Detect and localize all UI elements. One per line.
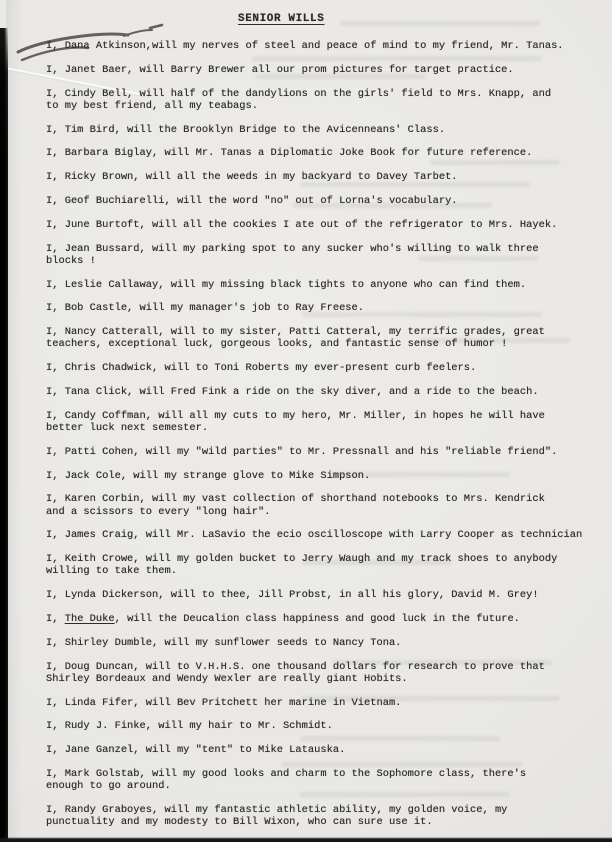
- will-entry-tana-click: I, Tana Click, will Fred Fink a ride on …: [46, 386, 612, 398]
- will-entry-cindy-bell: I, Cindy Bell, will half of the dandylio…: [46, 88, 612, 112]
- scan-edge-bottom: [0, 837, 612, 842]
- will-entry-james-craig: I, James Craig, will Mr. LaSavio the eci…: [46, 529, 612, 541]
- will-entry-barbara-biglay: I, Barbara Biglay, will Mr. Tanas a Dipl…: [46, 147, 612, 159]
- will-entry-doug-duncan: I, Doug Duncan, will to V.H.H.S. one tho…: [46, 661, 612, 685]
- scan-edge-left: [0, 28, 8, 842]
- will-entry-june-burtoft: I, June Burtoft, will all the cookies I …: [46, 219, 612, 231]
- will-entry-shirley-dumble: I, Shirley Dumble, will my sunflower see…: [46, 637, 612, 649]
- will-entry-dana-atkinson: I, Dana Atkinson,will my nerves of steel…: [46, 40, 612, 52]
- will-entry-nancy-catterall: I, Nancy Catterall, will to my sister, P…: [46, 326, 612, 350]
- will-entry-janet-baer: I, Janet Baer, will Barry Brewer all our…: [46, 64, 612, 76]
- entry-underlined-name: The Duke: [65, 613, 115, 625]
- will-entry-bob-castle: I, Bob Castle, will my manager's job to …: [46, 302, 612, 314]
- will-entry-chris-chadwick: I, Chris Chadwick, will to Toni Roberts …: [46, 362, 612, 374]
- entry-text-prefix: I,: [46, 613, 65, 625]
- will-entry-randy-graboyes: I, Randy Graboyes, will my fantastic ath…: [46, 804, 612, 828]
- will-entry-jean-bussard: I, Jean Bussard, will my parking spot to…: [46, 243, 612, 267]
- will-entry-ricky-brown: I, Ricky Brown, will all the weeds in my…: [46, 171, 612, 183]
- will-entry-mark-golstab: I, Mark Golstab, will my good looks and …: [46, 768, 612, 792]
- will-entry-tim-bird: I, Tim Bird, will the Brooklyn Bridge to…: [46, 124, 612, 136]
- will-entry-jack-cole: I, Jack Cole, will my strange glove to M…: [46, 470, 612, 482]
- will-entry-the-duke: I, The Duke, will the Deucalion class ha…: [46, 613, 612, 625]
- will-entry-keith-crowe: I, Keith Crowe, will my golden bucket to…: [46, 553, 612, 577]
- will-entry-candy-coffman: I, Candy Coffman, will all my cuts to my…: [46, 410, 612, 434]
- document-title: SENIOR WILLS: [238, 13, 324, 25]
- will-entry-karen-corbin: I, Karen Corbin, will my vast collection…: [46, 493, 612, 517]
- will-entry-jane-ganzel: I, Jane Ganzel, will my "tent" to Mike L…: [46, 744, 612, 756]
- will-entry-linda-fifer: I, Linda Fifer, will Bev Pritchett her m…: [46, 697, 612, 709]
- will-entry-patti-cohen: I, Patti Cohen, will my "wild parties" t…: [46, 446, 612, 458]
- will-entry-leslie-callaway: I, Leslie Callaway, will my missing blac…: [46, 279, 612, 291]
- will-entry-geof-buchiarelli: I, Geof Buchiarelli, will the word "no" …: [46, 195, 612, 207]
- document-content: SENIOR WILLS I, Dana Atkinson,will my ne…: [46, 8, 612, 840]
- entry-text-rest: , will the Deucalion class happiness and…: [115, 613, 520, 625]
- will-entry-lynda-dickerson: I, Lynda Dickerson, will to thee, Jill P…: [46, 589, 612, 601]
- will-entry-rudy-finke: I, Rudy J. Finke, will my hair to Mr. Sc…: [46, 720, 612, 732]
- scanned-document-page: SENIOR WILLS I, Dana Atkinson,will my ne…: [0, 0, 612, 842]
